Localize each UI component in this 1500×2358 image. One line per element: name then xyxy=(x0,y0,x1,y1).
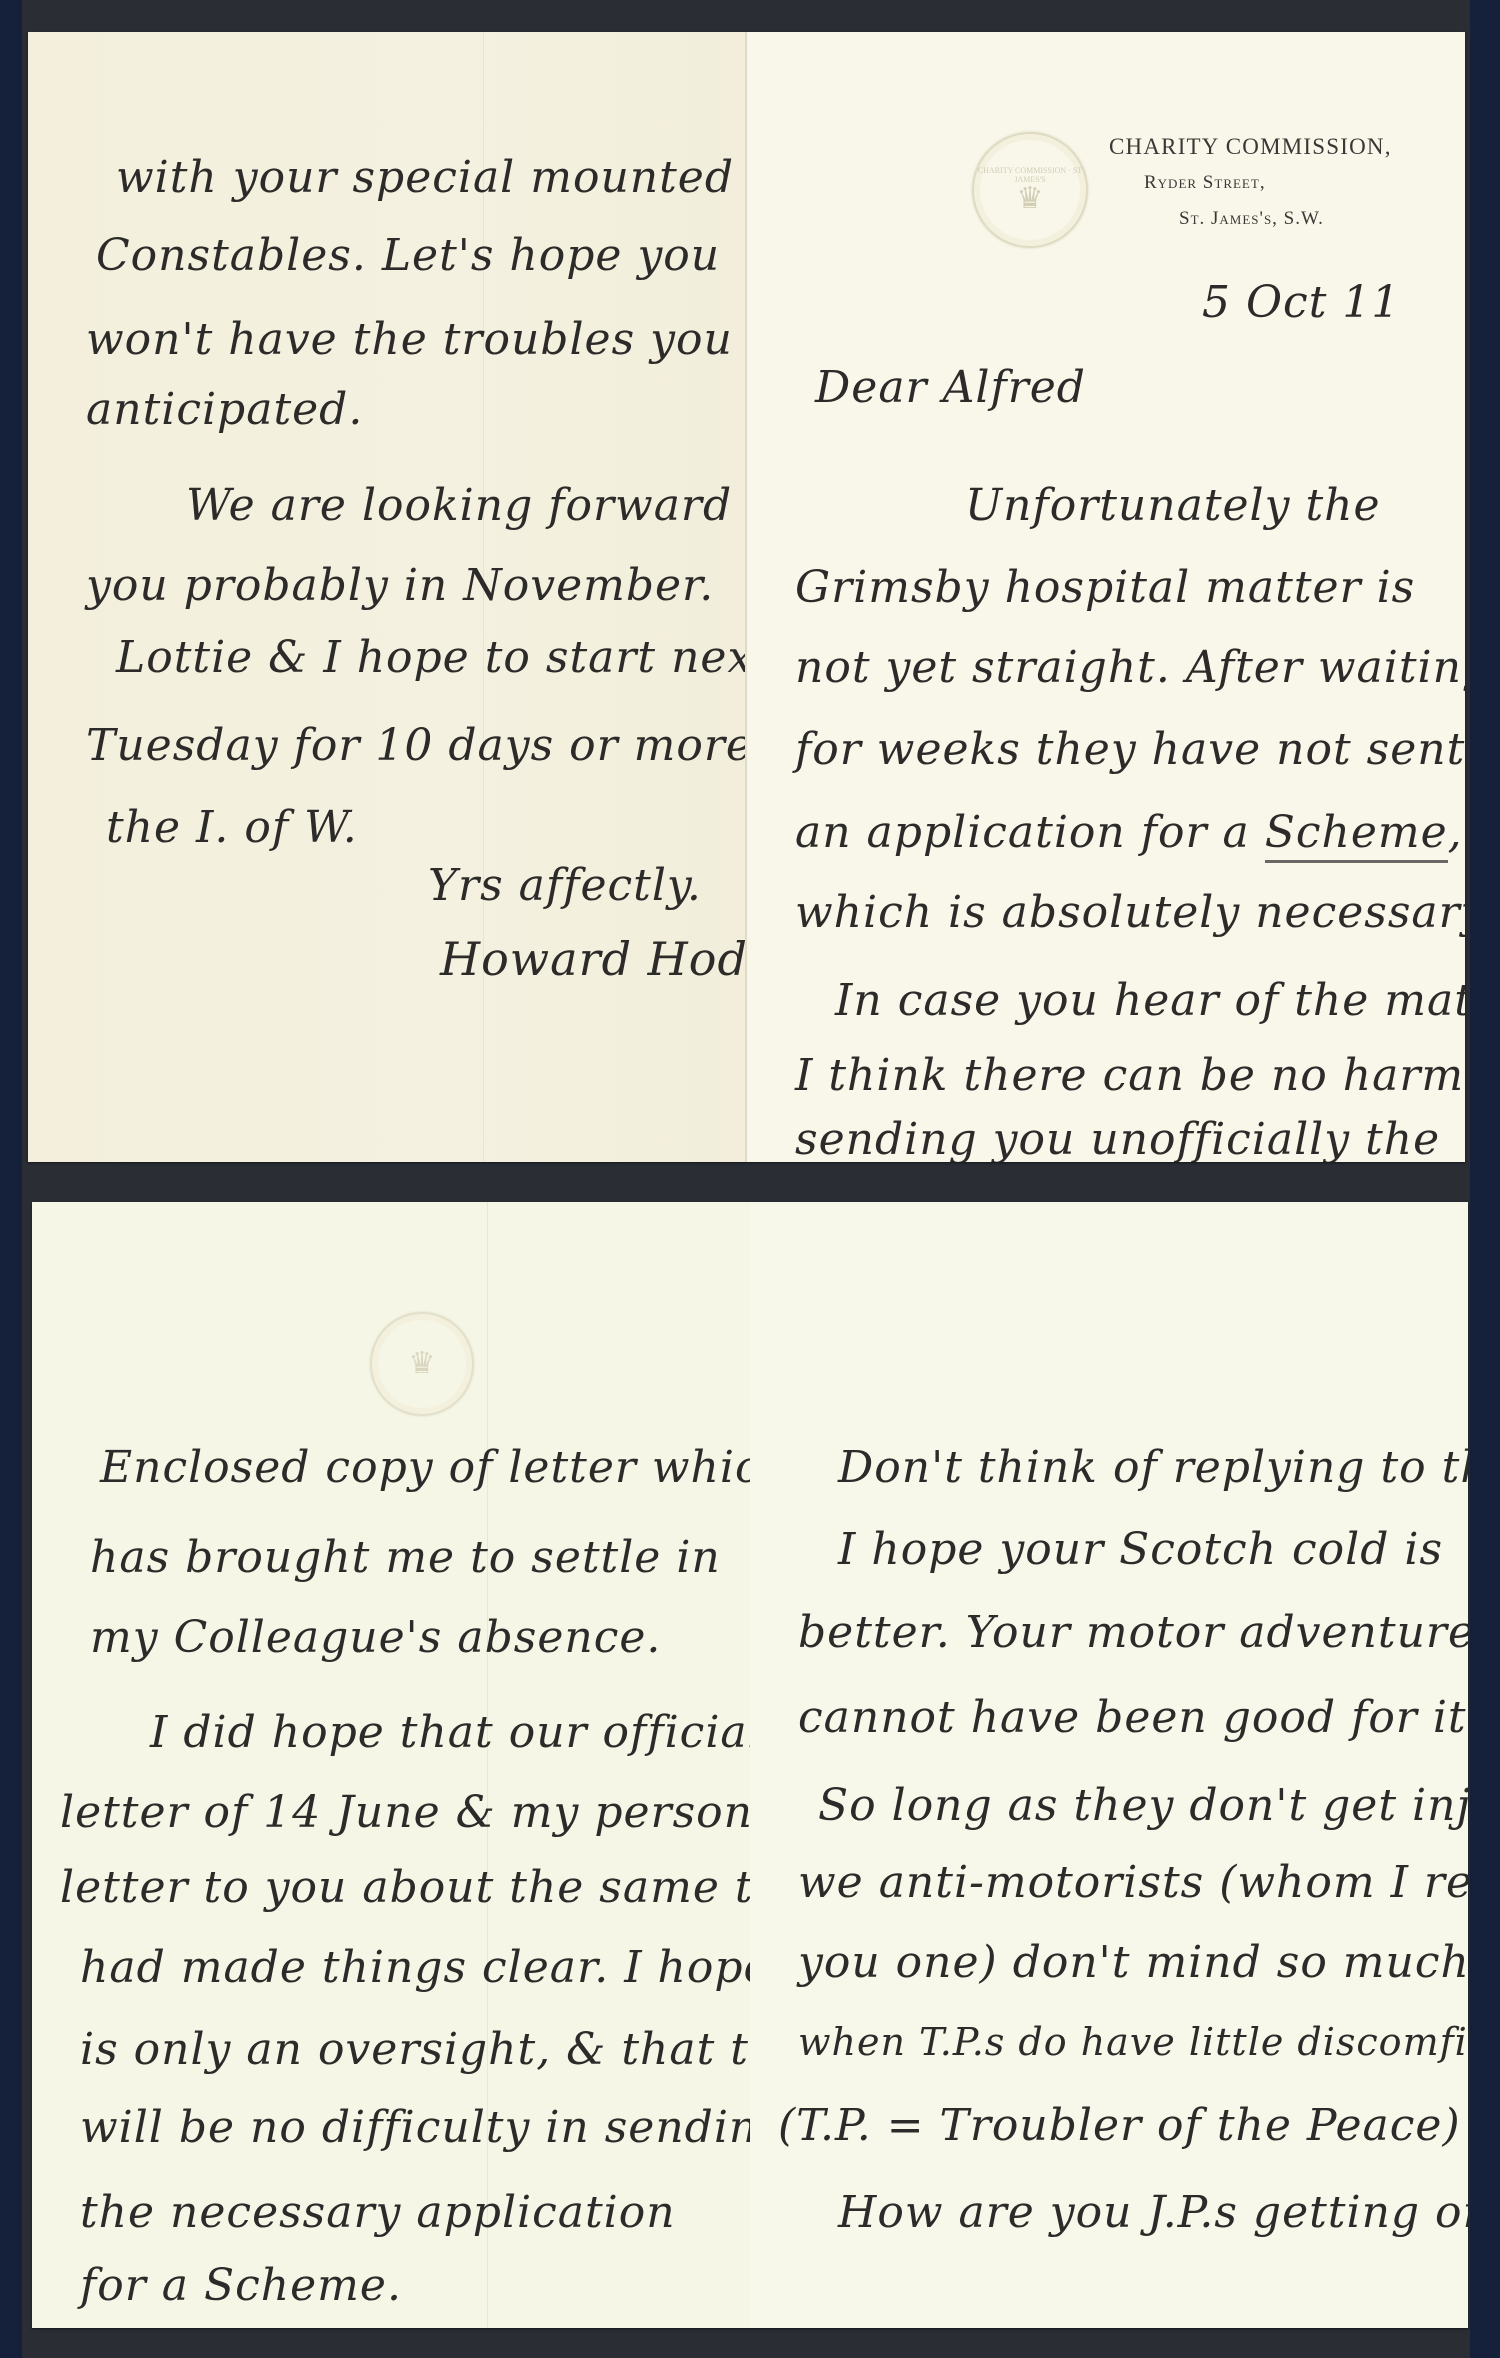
page-3: Don't think of replying to this. I hope … xyxy=(750,1202,1468,2328)
text-line: How are you J.P.s getting on xyxy=(838,2187,1468,2238)
text-line: has brought me to settle in xyxy=(90,1532,721,1583)
text-line: Unfortunately the xyxy=(965,480,1381,531)
text-line: which is absolutely necessary. xyxy=(795,887,1465,938)
text-line: I hope your Scotch cold is xyxy=(838,1524,1443,1575)
paper-crease xyxy=(487,1202,488,2328)
salutation: Dear Alfred xyxy=(815,362,1086,413)
scan-edge-right xyxy=(1470,0,1500,2358)
text-line: an application for a Scheme, xyxy=(795,807,1463,858)
text-line: letter of 14 June & my personal xyxy=(60,1787,750,1838)
bottom-sheet: ♛ Enclosed copy of letter which has brou… xyxy=(32,1202,1468,2328)
text-line: Enclosed copy of letter which xyxy=(100,1442,750,1493)
text-line: Don't think of replying to this. xyxy=(838,1442,1468,1493)
underlined-word: Scheme xyxy=(1265,807,1448,863)
page-4: with your special mounted Constables. Le… xyxy=(28,32,745,1162)
text-line: for weeks they have not sent us xyxy=(795,724,1465,775)
text-line: cannot have been good for it. xyxy=(798,1692,1468,1743)
text-line: Grimsby hospital matter is xyxy=(795,562,1415,613)
text-line: will be no difficulty in sending xyxy=(80,2102,750,2153)
date: 5 Oct 11 xyxy=(1202,277,1400,328)
text-line: Tuesday for 10 days or more in xyxy=(86,720,745,771)
text-line: (T.P. = Troubler of the Peace) xyxy=(778,2100,1461,2151)
text-line: Lottie & I hope to start next xyxy=(116,632,745,683)
text-line: sending you unofficially the xyxy=(795,1114,1440,1162)
signature: Howard Hodgkin xyxy=(440,932,745,986)
text-line: with your special mounted xyxy=(116,152,734,203)
crowned-lion-icon: ♛ xyxy=(409,1349,436,1379)
text-line: you probably in November. xyxy=(86,560,714,611)
text-line-content: an application for a Scheme, xyxy=(795,807,1463,863)
text-line: letter to you about the same time xyxy=(60,1862,750,1913)
top-sheet: with your special mounted Constables. Le… xyxy=(28,32,1465,1162)
text-line: anticipated. xyxy=(86,384,363,435)
embossed-seal: ♛ xyxy=(370,1312,474,1416)
text-line: not yet straight. After waiting xyxy=(795,642,1465,693)
page-2: ♛ Enclosed copy of letter which has brou… xyxy=(32,1202,750,2328)
scan-edge-left xyxy=(0,0,22,2358)
text-line: In case you hear of the matter, xyxy=(835,975,1465,1026)
text-line: the I. of W. xyxy=(106,802,358,853)
text-line: won't have the troubles you xyxy=(86,314,733,365)
text-line: I think there can be no harm in xyxy=(795,1050,1465,1101)
text-line: had made things clear. I hope it xyxy=(80,1942,750,1993)
text-line: you one) don't mind so much xyxy=(798,1937,1468,1988)
text-line: Constables. Let's hope you xyxy=(96,230,720,281)
text-line: We are looking forward to see xyxy=(186,480,745,531)
text-line: when T.P.s do have little discomfitures xyxy=(798,2020,1468,2064)
text-line: for a Scheme. xyxy=(80,2260,402,2311)
letterhead-district: St. James's, S.W. xyxy=(1179,208,1324,230)
letterhead: CHARITY COMMISSION, Ryder Street, St. Ja… xyxy=(747,32,1465,272)
text-line: the necessary application xyxy=(80,2187,676,2238)
text-line: my Colleague's absence. xyxy=(90,1612,661,1663)
text-line: So long as they don't get injured xyxy=(818,1780,1468,1831)
page-1: CHARITY COMMISSION · ST JAMES'S ♛ CHARIT… xyxy=(747,32,1465,1162)
text-line: is only an oversight, & that there xyxy=(80,2024,750,2075)
text-line: better. Your motor adventures xyxy=(798,1607,1468,1658)
letterhead-street: Ryder Street, xyxy=(1144,172,1266,194)
text-line: we anti-motorists (whom I reckon xyxy=(798,1857,1468,1908)
closing: Yrs affectly. xyxy=(428,860,702,911)
letterhead-org: CHARITY COMMISSION, xyxy=(1109,134,1392,160)
text-line: I did hope that our official xyxy=(150,1707,750,1758)
